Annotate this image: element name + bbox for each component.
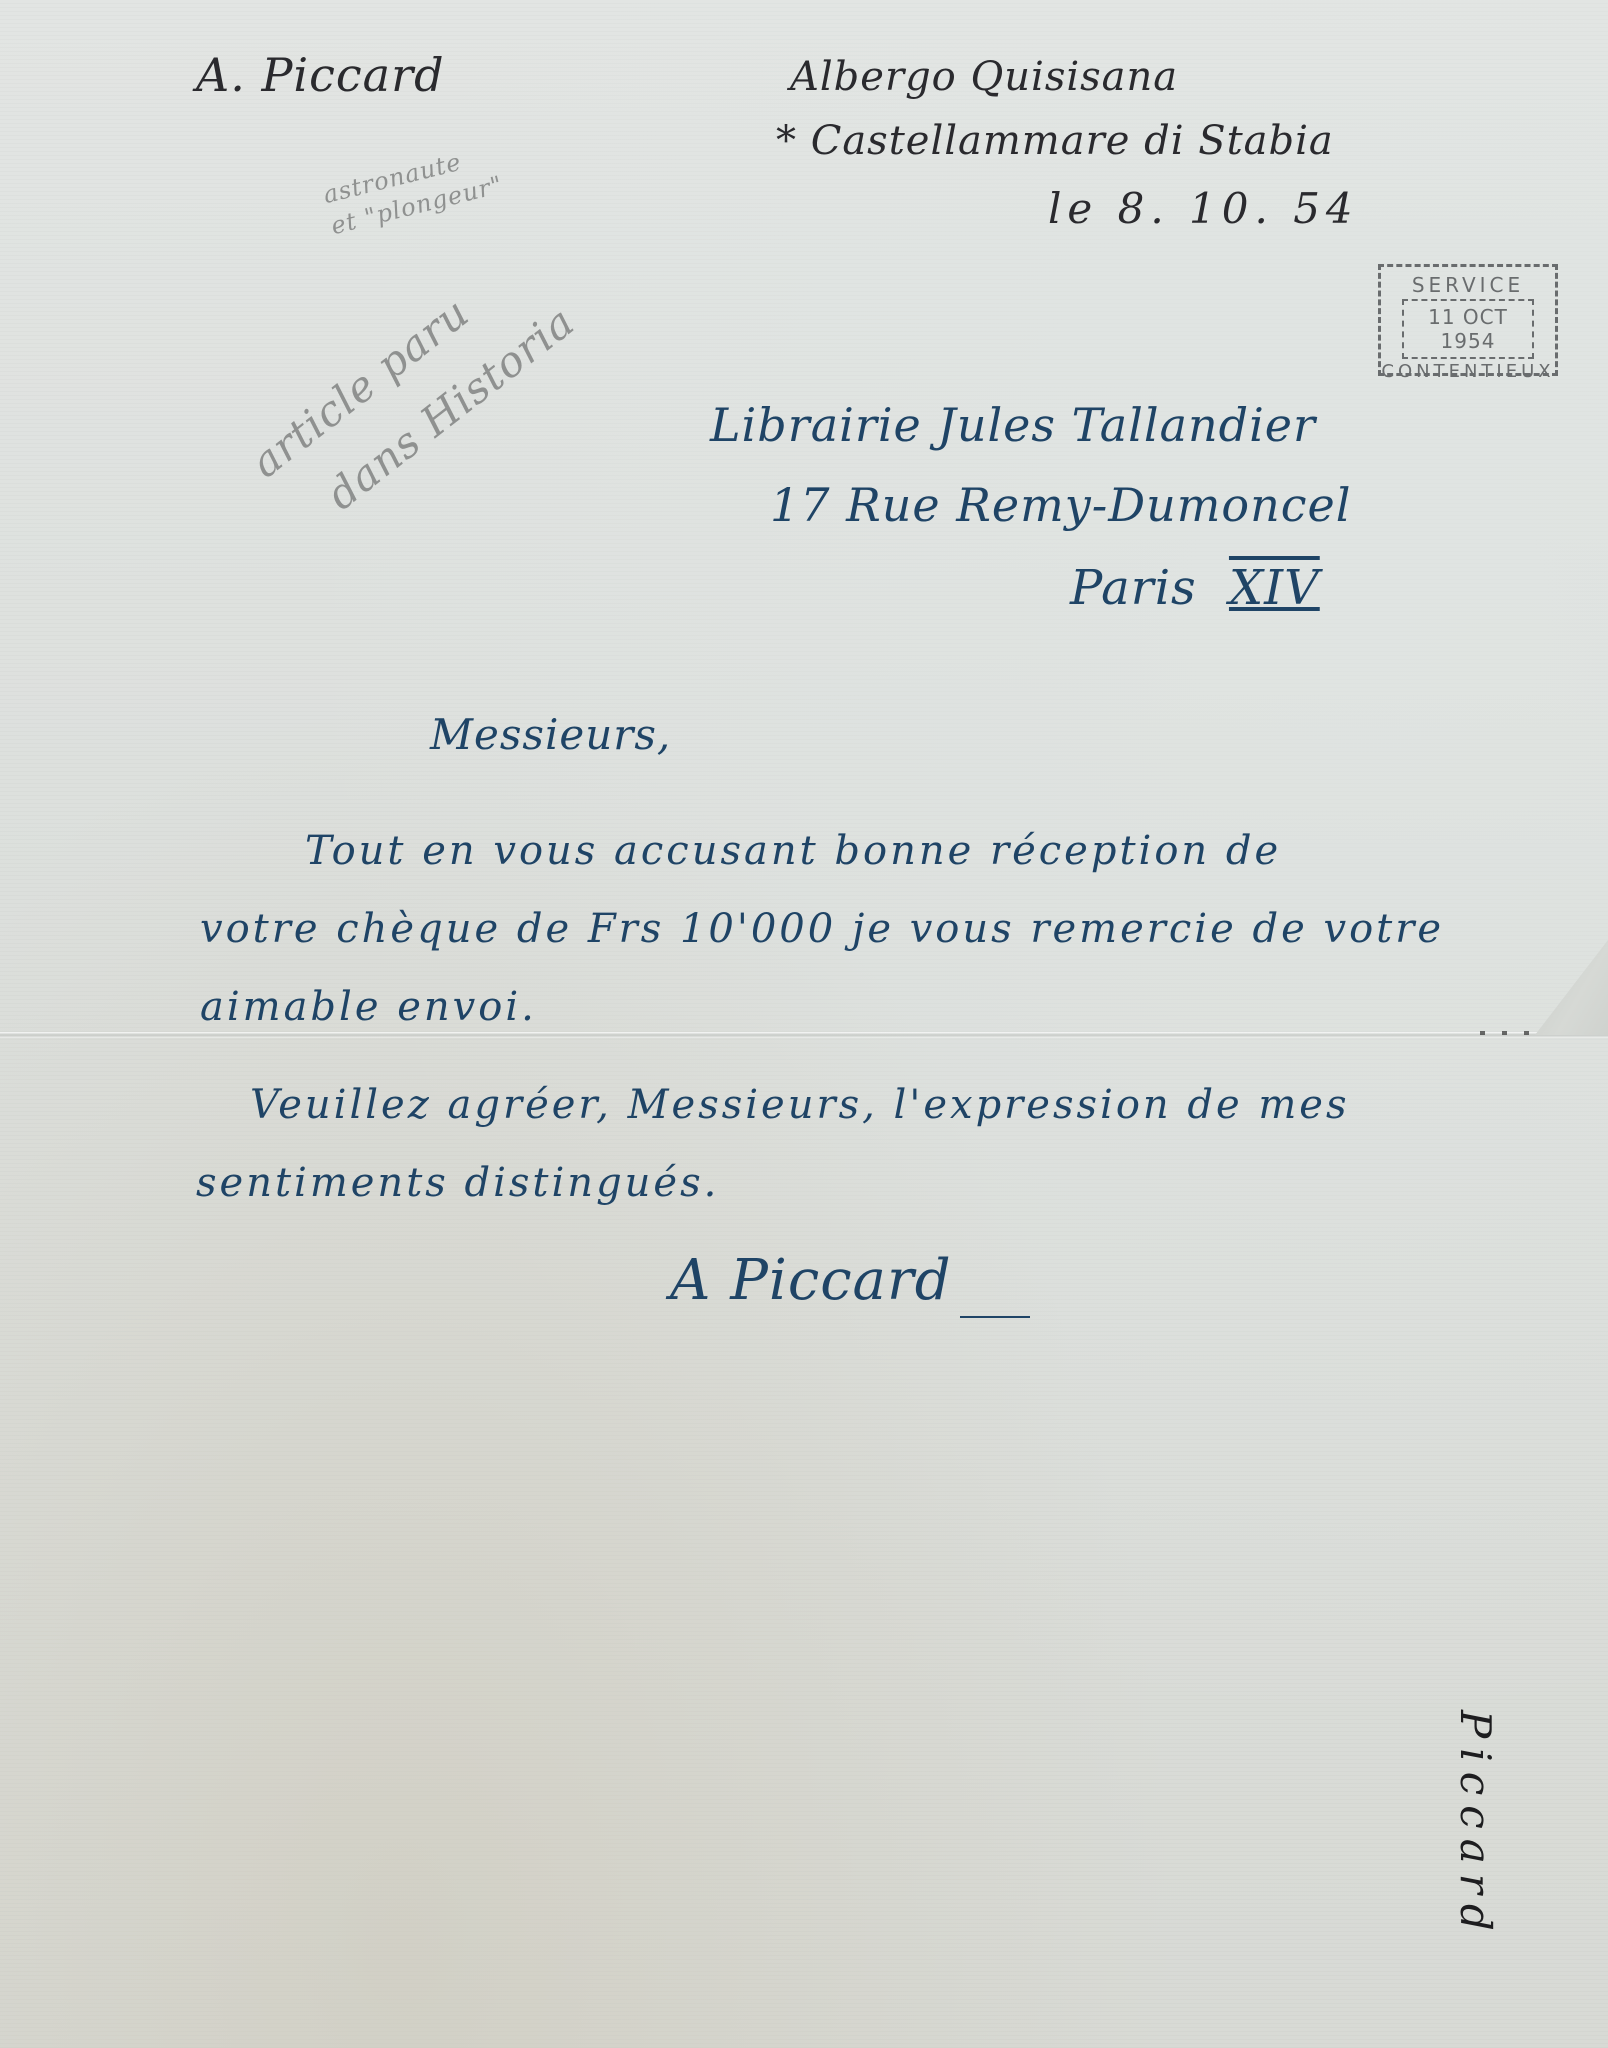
body-line: sentiments distingués. bbox=[196, 1160, 719, 1206]
recipient-city: Paris XIV bbox=[1070, 560, 1320, 616]
recipient-city-name: Paris bbox=[1070, 560, 1197, 616]
recipient-arrondissement: XIV bbox=[1229, 560, 1320, 616]
folded-corner bbox=[1535, 940, 1608, 1035]
hotel-city: * Castellammare di Stabia bbox=[776, 118, 1334, 164]
stamp-service-label: SERVICE bbox=[1381, 273, 1555, 297]
sender-name: A. Piccard bbox=[196, 48, 445, 102]
salutation: Messieurs, bbox=[430, 710, 671, 759]
body-line: aimable envoi. bbox=[200, 984, 537, 1030]
recipient-name: Librairie Jules Tallandier bbox=[710, 398, 1316, 452]
signature: A Piccard bbox=[670, 1248, 952, 1313]
body-line: votre chèque de Frs 10'000 je vous remer… bbox=[200, 906, 1444, 952]
received-stamp: SERVICE 11 OCT 1954 CONTENTIEUX bbox=[1378, 264, 1558, 376]
letter-date: le 8. 10. 54 bbox=[1048, 184, 1359, 233]
hotel-name: Albergo Quisisana bbox=[790, 54, 1178, 100]
body-line: Veuillez agréer, Messieurs, l'expression… bbox=[250, 1082, 1350, 1128]
pencil-annotation-occupation: astronaute et "plongeur" bbox=[320, 137, 506, 242]
pencil-annotation-publication: article paru dans Historia bbox=[235, 231, 591, 553]
body-line: Tout en vous accusant bonne réception de bbox=[305, 828, 1281, 874]
stamp-department-label: CONTENTIEUX bbox=[1381, 361, 1555, 382]
letter-paper: A. Piccard Albergo Quisisana * Castellam… bbox=[0, 0, 1608, 2048]
recipient-street: 17 Rue Remy-Dumoncel bbox=[770, 478, 1351, 532]
side-signature-vertical: Piccard bbox=[1451, 1710, 1500, 1941]
stamp-date: 11 OCT 1954 bbox=[1402, 299, 1534, 359]
fold-crease bbox=[0, 1032, 1608, 1038]
signature-flourish bbox=[960, 1316, 1030, 1318]
